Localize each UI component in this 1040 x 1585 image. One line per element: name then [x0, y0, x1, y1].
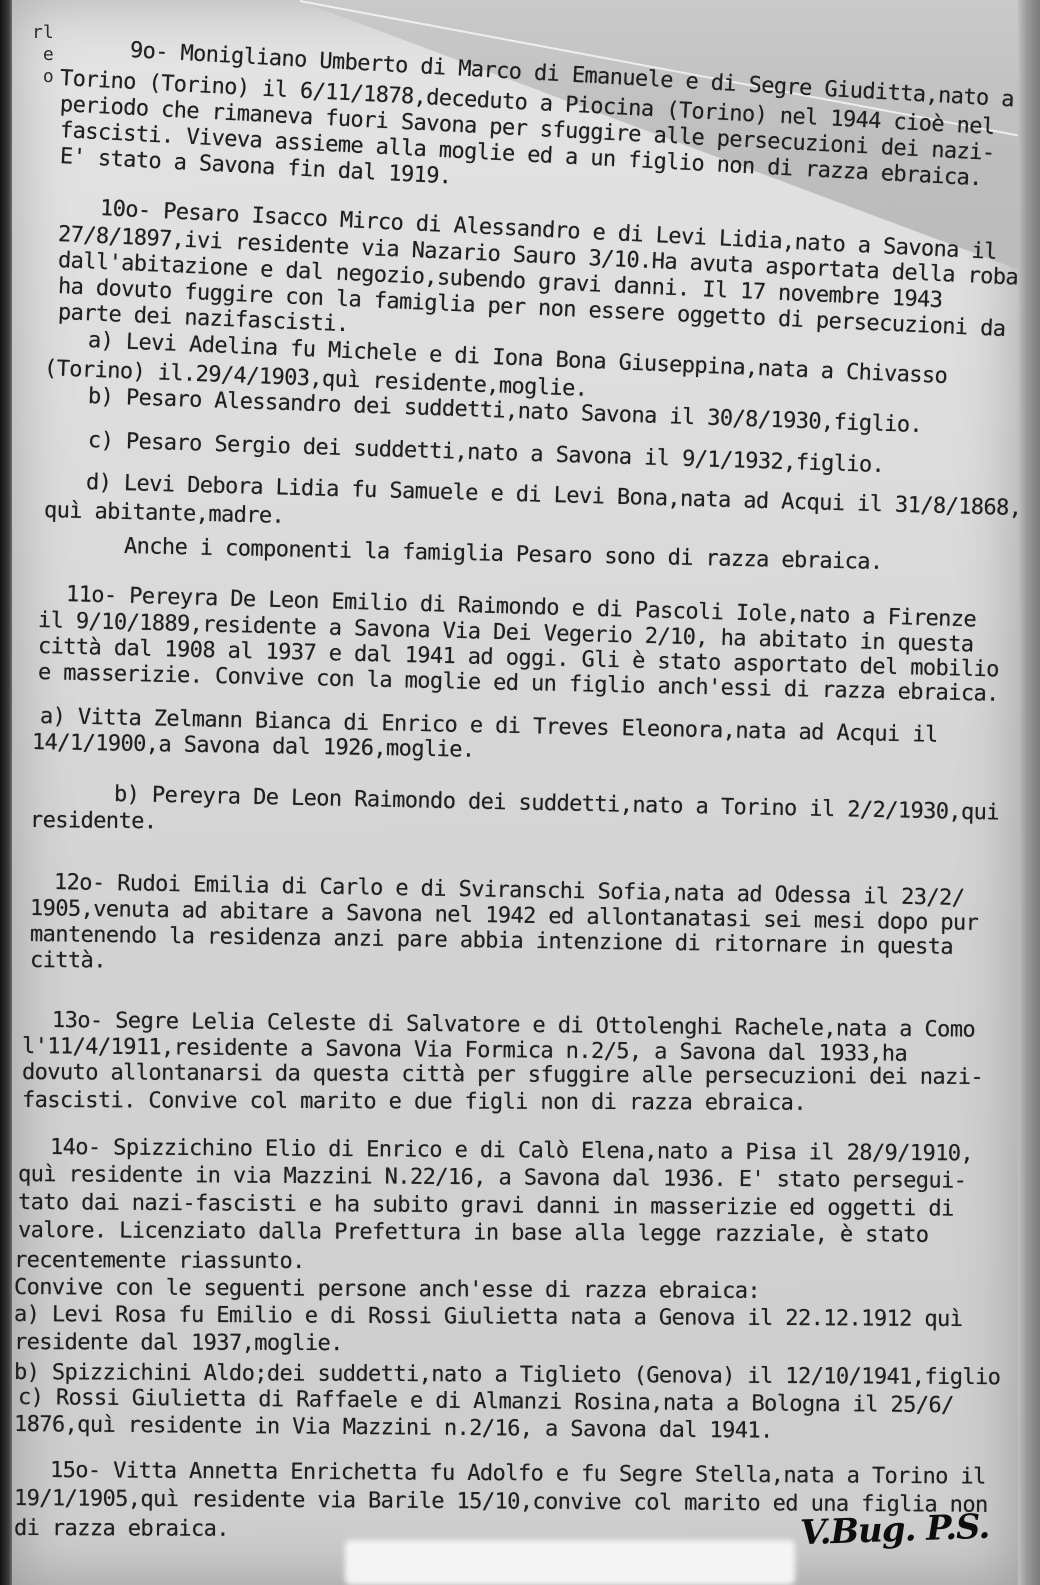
document-line: valore. Licenziato dalla Prefettura in b…	[18, 1218, 929, 1249]
document-line: residente dal 1937,moglie.	[14, 1330, 343, 1357]
document-line: recentemente riassunto.	[14, 1248, 305, 1275]
redacted-stamp-area	[345, 1540, 795, 1585]
document-line: 15o- Vitta Annetta Enrichetta fu Adolfo …	[50, 1458, 986, 1491]
document-line: Convive con le seguenti persone anch'ess…	[14, 1275, 760, 1305]
signature: V.Bug. P.S.	[799, 1507, 989, 1554]
document-line: città.	[30, 948, 106, 974]
document-line: fascisti. Convive col marito e due figli…	[22, 1088, 806, 1117]
document-line: Anche i componenti la famiglia Pesaro so…	[124, 534, 883, 576]
document-line: 1876,quì residente in Via Mazzini n.2/16…	[14, 1412, 773, 1445]
document-line: quì abitante,madre.	[44, 498, 285, 530]
typewritten-document: 9o- Monigliano Umberto di Marco di Emanu…	[0, 0, 1040, 1585]
document-line: c) Pesaro Sergio dei suddetti,nato a Sav…	[88, 428, 885, 479]
document-line: dovuto allontanarsi da questa città per …	[22, 1060, 983, 1091]
document-line: di razza ebraica.	[14, 1516, 229, 1543]
document-line: a) Levi Rosa fu Emilio e di Rossi Giulie…	[14, 1302, 963, 1333]
document-line: tato dai nazi-fascisti e ha subito gravi…	[18, 1190, 954, 1223]
document-line: quì residente in via Mazzini N.22/16, a …	[18, 1162, 967, 1195]
document-line: b) Pereyra De Leon Raimondo dei suddetti…	[114, 782, 1000, 827]
document-line: residente.	[30, 808, 157, 835]
